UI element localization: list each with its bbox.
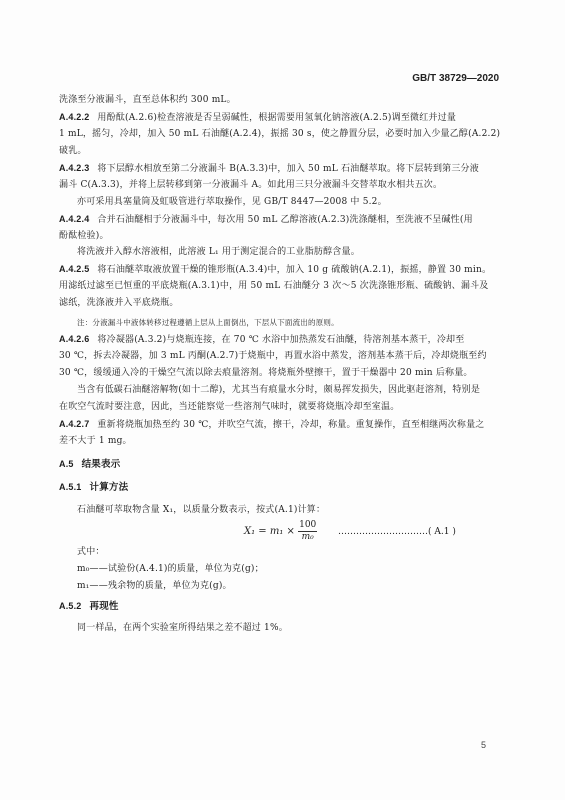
formula-reference: …………………………( A.1 ): [338, 527, 456, 537]
line-text: 将洗液并入醇水溶液相，此溶液 L₁ 用于测定混合的工业脂肪醇含量。: [77, 247, 360, 257]
text-line: 30 ℃，缓缓通入冷的干燥空气流以除去痕量溶剂。将烧瓶外壁擦干，置于干燥器中 2…: [59, 367, 473, 379]
clause-number: A.4.2.4: [59, 214, 89, 224]
formula-lhs: X₁ = m₁ ×: [244, 526, 295, 537]
clause-number: A.4.2.5: [59, 264, 89, 274]
text-line: A.4.2.3将下层醇水相放至第二分液漏斗 B(A.3.3)中，加入 50 mL…: [59, 162, 479, 175]
clause-number: A.4.2.3: [59, 163, 89, 173]
line-text: 30 ℃，拆去冷凝器，加 3 mL 丙酮(A.2.7)于烧瓶中，再置水浴中蒸发，…: [59, 351, 487, 361]
text-line: 亦可采用具塞量筒及虹吸管进行萃取操作，见 GB/T 8447—2008 中 5.…: [77, 196, 387, 208]
text-line: 滤纸，洗涤液并入平底烧瓶。: [59, 297, 179, 309]
line-text: 用滤纸过滤至已恒重的平底烧瓶(A.3.1)中，用 50 mL 石油醚分 3 次～…: [59, 281, 488, 291]
text-line: 洗涤至分液漏斗，直至总体积约 300 mL。: [59, 94, 236, 106]
text-line: 同一样品，在两个实验室所得结果之差不超过 1%。: [77, 622, 288, 634]
line-text: 洗涤至分液漏斗，直至总体积约 300 mL。: [59, 95, 236, 105]
text-line: 破乳。: [59, 145, 87, 157]
text-line: 酚酞检验)。: [59, 230, 109, 242]
line-text: 30 ℃，缓缓通入冷的干燥空气流以除去痕量溶剂。将烧瓶外壁擦干，置于干燥器中 2…: [59, 368, 473, 378]
text-line: m₀——试验份(A.4.1)的质量，单位为克(g)；: [77, 563, 264, 575]
text-line: 当含有低碳石油醚溶解物(如十二醇)，尤其当有痕量水分时，颇易挥发损失，因此驱赶溶…: [77, 384, 480, 396]
line-text: 将冷凝器(A.3.2)与烧瓶连接，在 70 ℃ 水浴中加热蒸发石油醚，待溶剂基本…: [97, 335, 464, 345]
line-text: 将下层醇水相放至第二分液漏斗 B(A.3.3)中，加入 50 mL 石油醚萃取。…: [97, 164, 479, 174]
text-line: 30 ℃，拆去冷凝器，加 3 mL 丙酮(A.2.7)于烧瓶中，再置水浴中蒸发，…: [59, 350, 487, 362]
line-text: 漏斗 C(A.3.3)，并将上层转移到第一分液漏斗 A。如此用三只分液漏斗交替萃…: [59, 180, 442, 190]
text-line: A.4.2.5将石油醚萃取液放置干燥的锥形瓶(A.3.4)中，加入 10 g 硫…: [59, 263, 491, 276]
text-line: 用滤纸过滤至已恒重的平底烧瓶(A.3.1)中，用 50 mL 石油醚分 3 次～…: [59, 280, 488, 292]
text-line: 漏斗 C(A.3.3)，并将上层转移到第一分液漏斗 A。如此用三只分液漏斗交替萃…: [59, 179, 442, 191]
text-line: 式中：: [77, 546, 105, 558]
clause-number: A.5: [59, 459, 74, 469]
line-text: 将石油醚萃取液放置干燥的锥形瓶(A.3.4)中，加入 10 g 硫酸钠(A.2.…: [97, 265, 491, 275]
text-line: 将洗液并入醇水溶液相，此溶液 L₁ 用于测定混合的工业脂肪醇含量。: [77, 246, 360, 258]
line-text: 当含有低碳石油醚溶解物(如十二醇)，尤其当有痕量水分时，颇易挥发损失，因此驱赶溶…: [77, 385, 480, 395]
line-text: m₀——试验份(A.4.1)的质量，单位为克(g)；: [77, 564, 264, 574]
line-text: 计算方法: [90, 482, 129, 493]
text-line: A.4.2.2用酚酞(A.2.6)检查溶液是否呈弱碱性，根据需要用氢氧化钠溶液(…: [59, 111, 456, 124]
text-line: A.4.2.4合并石油醚相于分液漏斗中，每次用 50 mL 乙醇溶液(A.2.3…: [59, 213, 473, 226]
line-text: 1 mL，摇匀，冷却，加入 50 mL 石油醚(A.2.4)，振摇 30 s，使…: [59, 129, 500, 139]
line-text: 石油醚可萃取物含量 X₁，以质量分数表示，按式(A.1)计算：: [77, 505, 325, 515]
formula-denominator: m₀: [298, 532, 317, 543]
line-text: m₁——残余物的质量，单位为克(g)。: [77, 581, 232, 591]
text-line: 1 mL，摇匀，冷却，加入 50 mL 石油醚(A.2.4)，振摇 30 s，使…: [59, 128, 500, 140]
line-text: 滤纸，洗涤液并入平底烧瓶。: [59, 298, 179, 308]
line-text: 合并石油醚相于分液漏斗中，每次用 50 mL 乙醇溶液(A.2.3)洗涤醚相，至…: [97, 215, 472, 225]
line-text: 差不大于 1 mg。: [59, 436, 132, 446]
text-line: 差不大于 1 mg。: [59, 435, 132, 447]
section-heading: A.5结果表示: [59, 458, 120, 471]
standard-code: GB/T 38729—2020: [412, 73, 499, 84]
text-line: A.4.2.6将冷凝器(A.3.2)与烧瓶连接，在 70 ℃ 水浴中加热蒸发石油…: [59, 333, 464, 346]
section-heading: A.5.2再现性: [59, 600, 119, 613]
clause-number: A.5.2: [59, 601, 82, 611]
clause-number: A.4.2.7: [59, 419, 89, 429]
formula-numerator: 100: [298, 520, 317, 532]
line-text: 式中：: [77, 547, 105, 557]
line-text: 用酚酞(A.2.6)检查溶液是否呈弱碱性，根据需要用氢氧化钠溶液(A.2.5)调…: [97, 113, 456, 123]
formula-a1: X₁ = m₁ × 100 m₀: [244, 520, 317, 543]
document-page: GB/T 38729—2020 洗涤至分液漏斗，直至总体积约 300 mL。A.…: [0, 0, 565, 800]
formula-fraction: 100 m₀: [298, 520, 317, 543]
line-text: 重新将烧瓶加热至约 30 ℃，并吹空气流，擦干，冷却，称量。重复操作，直至相继两…: [97, 420, 484, 430]
line-text: 再现性: [90, 601, 119, 612]
text-line: 注：分液漏斗中液体转移过程遵循上层从上面倒出，下层从下面流出的原则。: [77, 317, 339, 329]
line-text: 亦可采用具塞量筒及虹吸管进行萃取操作，见 GB/T 8447—2008 中 5.…: [77, 197, 387, 207]
line-text: 结果表示: [82, 459, 121, 470]
clause-number: A.4.2.6: [59, 334, 89, 344]
text-line: 在吹空气流时要注意，因此，当还能察觉一些溶剂气味时，就要将烧瓶冷却至室温。: [59, 401, 399, 413]
line-text: 在吹空气流时要注意，因此，当还能察觉一些溶剂气味时，就要将烧瓶冷却至室温。: [59, 402, 399, 412]
line-text: 破乳。: [59, 146, 87, 156]
text-line: A.4.2.7重新将烧瓶加热至约 30 ℃，并吹空气流，擦干，冷却，称量。重复操…: [59, 418, 484, 431]
text-line: m₁——残余物的质量，单位为克(g)。: [77, 580, 232, 592]
clause-number: A.5.1: [59, 482, 82, 492]
text-line: 石油醚可萃取物含量 X₁，以质量分数表示，按式(A.1)计算：: [77, 504, 325, 516]
section-heading: A.5.1计算方法: [59, 481, 128, 494]
line-text: 注：分液漏斗中液体转移过程遵循上层从上面倒出，下层从下面流出的原则。: [77, 318, 339, 327]
line-text: 同一样品，在两个实验室所得结果之差不超过 1%。: [77, 623, 288, 633]
line-text: 酚酞检验)。: [59, 231, 109, 241]
clause-number: A.4.2.2: [59, 112, 89, 122]
page-number: 5: [481, 740, 486, 750]
